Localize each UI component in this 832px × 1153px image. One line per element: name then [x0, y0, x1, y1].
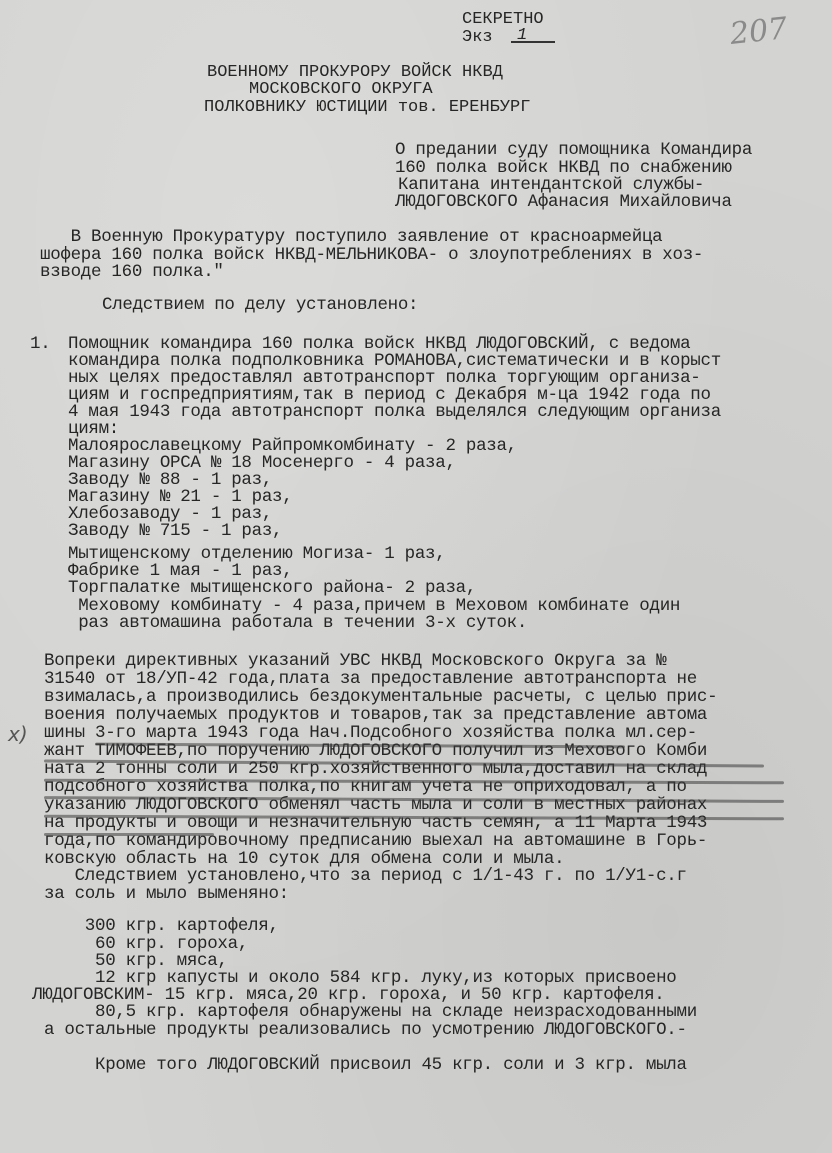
closing-line: Кроме того ЛЮДОГОВСКИЙ присвоил 45 кгр. … [44, 1056, 687, 1075]
item1-line-5: 4 мая 1943 года автотранспорт полка выде… [68, 403, 721, 422]
org-item: Заводу № 715 - 1 раз, [68, 522, 282, 541]
pencil-underline [44, 833, 214, 836]
intro-line-3: взводе 160 полка." [40, 263, 224, 282]
copy-number-underline [511, 41, 555, 43]
exchanged-item: а остальные продукты реализовались по ус… [44, 1021, 687, 1040]
document-page: СЕКРЕТНО Экз 1 207 ВОЕННОМУ ПРОКУРОРУ ВО… [0, 0, 832, 1153]
item-number: 1. [30, 335, 50, 354]
addressee-line-3: ПОЛКОВНИКУ ЮСТИЦИИ тов. ЕРЕНБУРГ [204, 98, 530, 117]
org-item: раз автомашина работала в течении 3-х су… [68, 614, 527, 633]
handwritten-page-number: 207 [728, 11, 789, 52]
classification-stamp: СЕКРЕТНО [462, 10, 544, 29]
findings-heading: Следствием по делу установлено: [102, 296, 418, 315]
para2-line-14: за соль и мыло выменяно: [44, 885, 289, 904]
addressee-line-2: МОСКОВСКОГО ОКРУГА [249, 80, 433, 99]
subject-line-4: ЛЮДОГОВСКОГО Афанасия Михайловича [395, 193, 732, 212]
margin-annotation: x) [8, 722, 28, 746]
copy-label: Экз [462, 28, 493, 47]
